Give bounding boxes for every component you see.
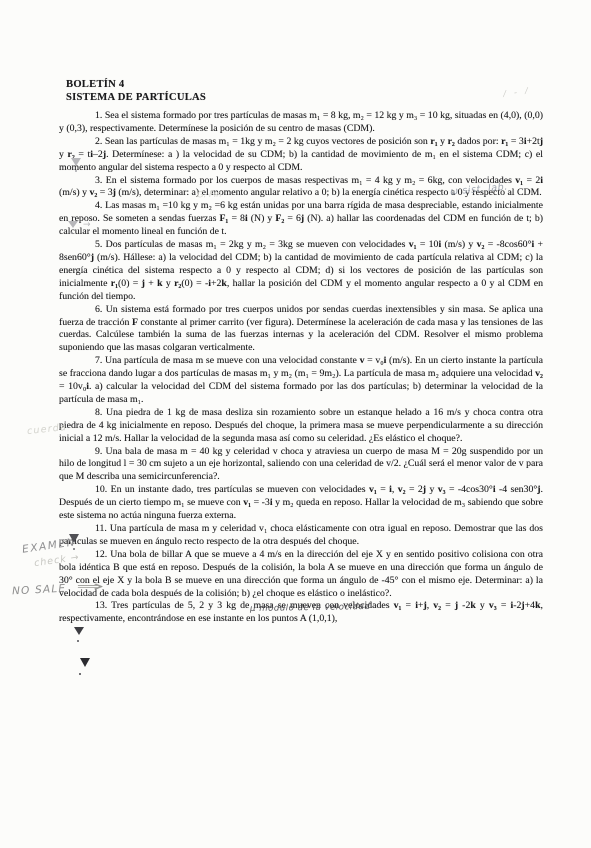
problem-paragraph: 12. Una bola de billar A que se mueve a … bbox=[59, 549, 543, 601]
pencil-scribble-top-right: ⁄ ‐ ⁄ bbox=[503, 86, 530, 100]
problem-paragraph: 5. Dos partículas de masas m₁ = 2kg y m₂… bbox=[59, 239, 543, 304]
problem-paragraph: 6. Un sistema está formado por tres cuer… bbox=[59, 304, 543, 356]
scanned-page: BOLETÍN 4 SISTEMA DE PARTÍCULAS 1. Sea e… bbox=[0, 0, 591, 848]
margin-triangle-mark bbox=[80, 658, 90, 667]
problem-paragraph: 8. Una piedra de 1 kg de masa desliza si… bbox=[59, 407, 543, 446]
problem-paragraph: 13. Tres partículas de 5, 2 y 3 kg de ma… bbox=[59, 600, 543, 626]
margin-triangle-mark bbox=[74, 627, 84, 635]
problem-paragraph: 1. Sea el sistema formado por tres partí… bbox=[59, 110, 543, 136]
problem-paragraph: 7. Una partícula de masa m se mueve con … bbox=[59, 355, 543, 407]
problem-paragraph: 4. Las masas m₁ =10 kg y m₂ =6 kg están … bbox=[59, 200, 543, 239]
problem-paragraph: 11. Una partícula de masa m y celeridad … bbox=[59, 523, 543, 549]
doc-title-line2: SISTEMA DE PARTÍCULAS bbox=[66, 92, 206, 105]
doc-title-line1: BOLETÍN 4 bbox=[66, 79, 206, 92]
problem-paragraph: 2. Sean las partículas de masas m₁ = 1kg… bbox=[59, 136, 543, 175]
pen-dot bbox=[77, 640, 79, 642]
triangle-icon bbox=[74, 627, 84, 635]
pen-dot bbox=[79, 673, 81, 675]
triangle-icon bbox=[80, 658, 90, 667]
doc-title: BOLETÍN 4 SISTEMA DE PARTÍCULAS bbox=[66, 79, 206, 104]
problem-paragraph: 3. En el sistema formado por los cuerpos… bbox=[59, 175, 543, 201]
problem-list: 1. Sea el sistema formado por tres partí… bbox=[59, 110, 543, 626]
problem-paragraph: 10. En un instante dado, tres partículas… bbox=[59, 484, 543, 523]
problem-paragraph: 9. Una bala de masa m = 40 kg y celerida… bbox=[59, 446, 543, 485]
